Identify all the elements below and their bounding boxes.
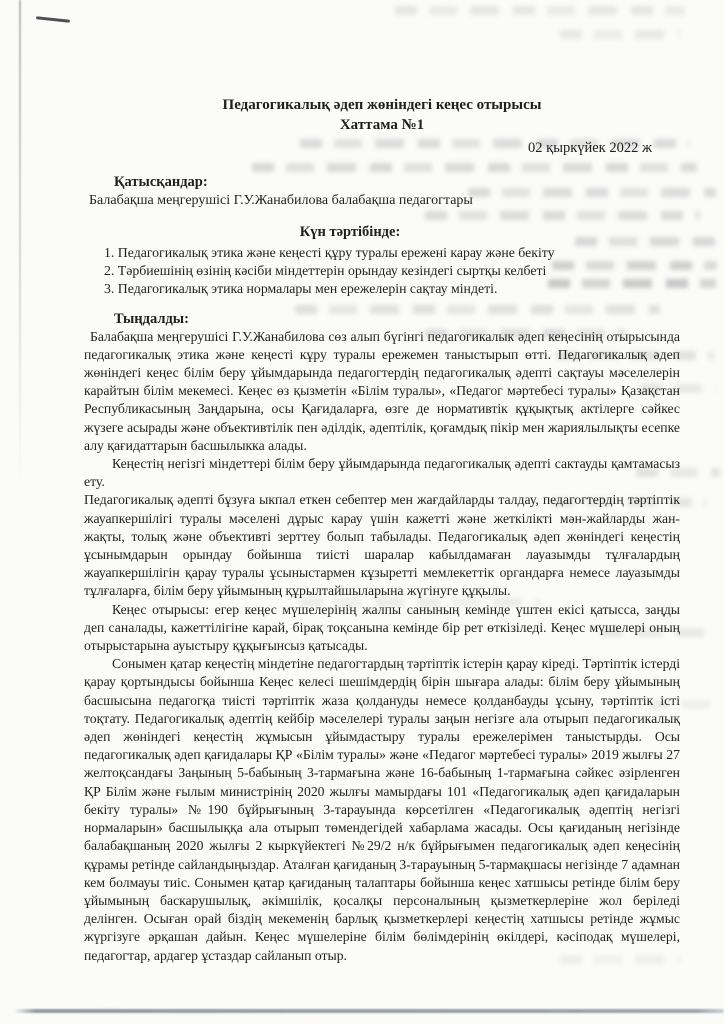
agenda-item: 1. Педагогикалық этика және кеңесті құру… [104,244,680,262]
page-bottom-edge [14,1009,724,1013]
scanned-document-page: Педагогикалық әдеп жөніндегі кеңес отыры… [0,0,724,1024]
body-paragraph: Кеңестің негізгі міндеттері білім беру ұ… [84,455,680,491]
agenda-item: 2. Тәрбиешінің өзінің кәсіби міндеттерін… [104,262,680,280]
agenda-heading: Күн тәртібінде: [52,223,648,241]
document-title: Педагогикалық әдеп жөніндегі кеңес отыры… [84,95,680,115]
agenda-list: 1. Педагогикалық этика және кеңесті құру… [84,244,680,299]
body-paragraph: Балабақша меңгерушісі Г.У.Жанабилова сөз… [84,328,680,455]
protocol-number: Хаттама №1 [84,115,680,135]
document-content: Педагогикалық әдеп жөніндегі кеңес отыры… [84,0,680,965]
participants-heading: Қатысқандар: [84,173,680,191]
page-left-edge [19,0,21,480]
participants-line: Балабақша меңгерушісі Г.У.Жанабилова бал… [84,192,680,210]
body-paragraph: Кеңес отырысы: егер кеңес мүшелерінің жа… [84,601,680,656]
body-paragraph: Педагогикалық әдепті бұзуға ыкпал еткен … [84,491,680,600]
agenda-item: 3. Педагогикалық этика нормалары мен ере… [104,280,680,298]
pen-mark [36,16,70,22]
document-date: 02 қыркүйек 2022 ж [84,138,680,158]
heard-heading: Тыңдалды: [84,310,680,328]
body-paragraph: Сонымен қатар кеңестің міндетіне педагог… [84,655,680,964]
